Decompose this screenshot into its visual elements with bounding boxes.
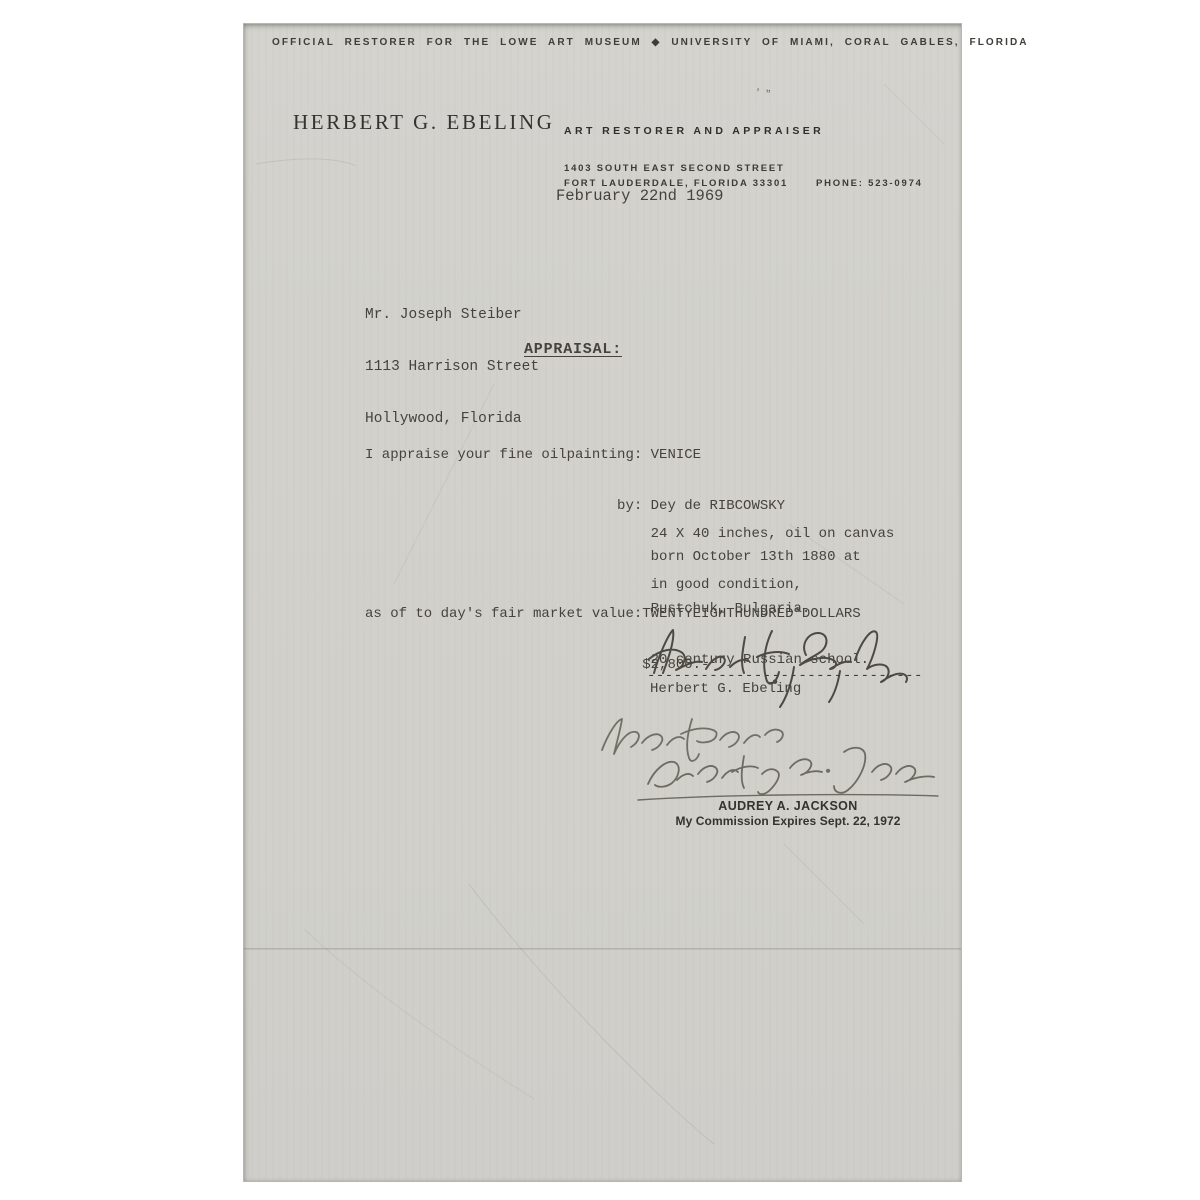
signature-typed-name: Herbert G. Ebeling	[650, 682, 801, 697]
letter-date: February 22nd 1969	[556, 189, 723, 204]
notary-stamp-name: AUDREY A. JACKSON	[658, 799, 918, 814]
letterhead-title: ART RESTORER AND APPRAISER	[564, 125, 824, 137]
address-line-1: 1403 SOUTH EAST SECOND STREET	[564, 163, 785, 174]
paper-fold-line	[244, 948, 961, 950]
letter-paper: OFFICIAL RESTORER FOR THE LOWE ART MUSEU…	[243, 23, 962, 1182]
pencil-marks: ’ ”	[755, 85, 771, 102]
phone-number: PHONE: 523-0974	[816, 178, 923, 189]
scanned-letter-page: { "banner": "OFFICIAL RESTORER FOR THE L…	[0, 0, 1200, 1200]
audrey-signature-script	[632, 738, 952, 808]
appraisal-heading: APPRAISAL:	[524, 342, 622, 357]
recipient-line: Mr. Joseph Steiber	[365, 307, 539, 323]
valuation-line: as of to day's fair market value:TWENTYE…	[365, 607, 861, 622]
letterhead-name: HERBERT G. EBELING	[293, 110, 555, 135]
banner-text: OFFICIAL RESTORER FOR THE LOWE ART MUSEU…	[272, 37, 1029, 48]
notary-stamp-expiry: My Commission Expires Sept. 22, 1972	[658, 814, 918, 829]
body-line: I appraise your fine oilpainting: VENICE	[365, 448, 869, 463]
notary-stamp: AUDREY A. JACKSON My Commission Expires …	[658, 799, 918, 829]
recipient-line: 1113 Harrison Street	[365, 359, 539, 375]
body-line: 24 X 40 inches, oil on canvas	[365, 527, 894, 542]
